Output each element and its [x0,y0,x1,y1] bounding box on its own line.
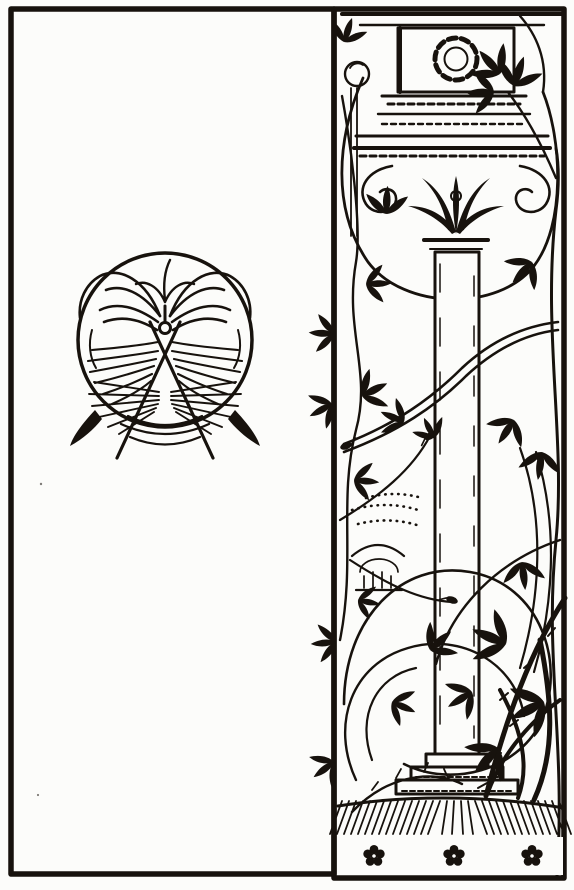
stipple-texture [352,494,422,526]
column-shaft [435,252,479,754]
rosette-band [337,837,563,875]
left-panel-frame [11,9,334,874]
scanned-plate [0,0,574,890]
border-crossing-sprigs [303,308,347,792]
divider-hinge [160,323,171,334]
crossed-dividers [117,306,213,458]
engraving-plate [0,0,574,890]
ground-hatching [330,798,571,834]
bud-finial [345,62,369,86]
winged-compass-medallion [70,253,260,458]
scan-specks [37,483,42,796]
crest [136,260,194,302]
